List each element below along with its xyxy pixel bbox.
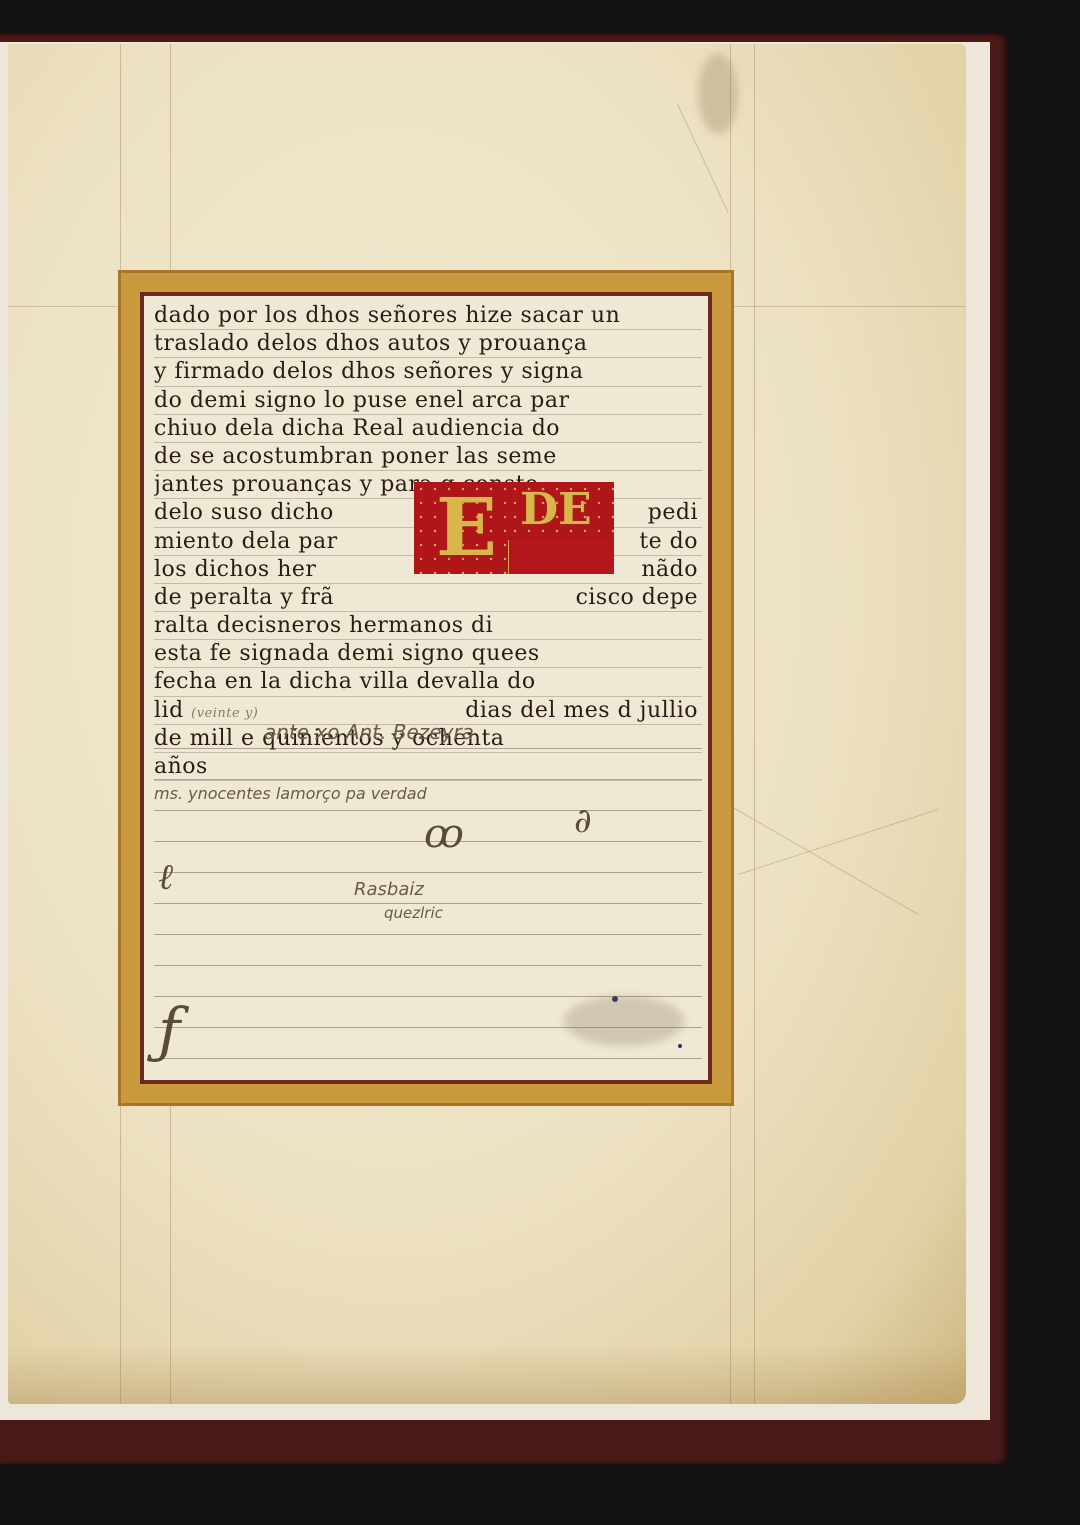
text-line: fecha en la dicha villa devalla do [154,668,702,696]
text-line: esta fe signada demi signo quees [154,640,702,668]
signature-line: ante xo Ant. Bezeyra [264,720,474,744]
ruled-line [154,966,702,997]
signature-name: Rasbaiz [354,879,424,900]
flourish: ƒ [158,996,180,1066]
crease [728,804,919,915]
flourish: ∂ [574,801,592,841]
initial-letter-e: E [436,480,497,574]
text-line: de peralta y frãcisco depe [154,584,702,612]
ruled-line [154,935,702,966]
stain [698,54,738,134]
crease [738,809,938,875]
notarial-sign-flourish: ꝏ [424,811,464,857]
flourish: ℓ [158,856,173,898]
text-panel: dado por los dhos señores hize sacar un … [140,292,712,1084]
text-line: y firmado delos dhos señores y signa [154,358,702,386]
ruled-line: Rasbaiz [154,873,702,904]
text-line: chiuo dela dicha Real audiencia do [154,415,702,443]
ink-spot [678,1044,682,1048]
initial-letters-de: DE [520,484,592,535]
text-line: ralta decisneros hermanos di [154,612,702,640]
stain [564,996,684,1046]
ruled-line: quezlric [154,904,702,935]
initial-e-panel: E [414,482,509,574]
signature-name: quezlric [384,904,443,922]
signature-line: ms. ynocentes lamorço pa verdad [154,784,427,803]
text-line: de se acostumbran poner las seme [154,443,702,471]
ruling-line [754,44,755,1404]
ruled-line [154,749,702,780]
illuminated-initial: E DE [414,482,614,574]
illuminated-frame: dado por los dhos señores hize sacar un … [118,270,734,1106]
text-line: dado por los dhos señores hize sacar un [154,302,702,330]
text-line: traslado delos dhos autos y prouança [154,330,702,358]
ruled-line: ante xo Ant. Bezeyra [154,718,702,749]
initial-de-panel: DE [508,482,614,540]
ruled-line: ms. ynocentes lamorço pa verdad [154,780,702,811]
text-line: do demi signo lo puse enel arca par [154,387,702,415]
